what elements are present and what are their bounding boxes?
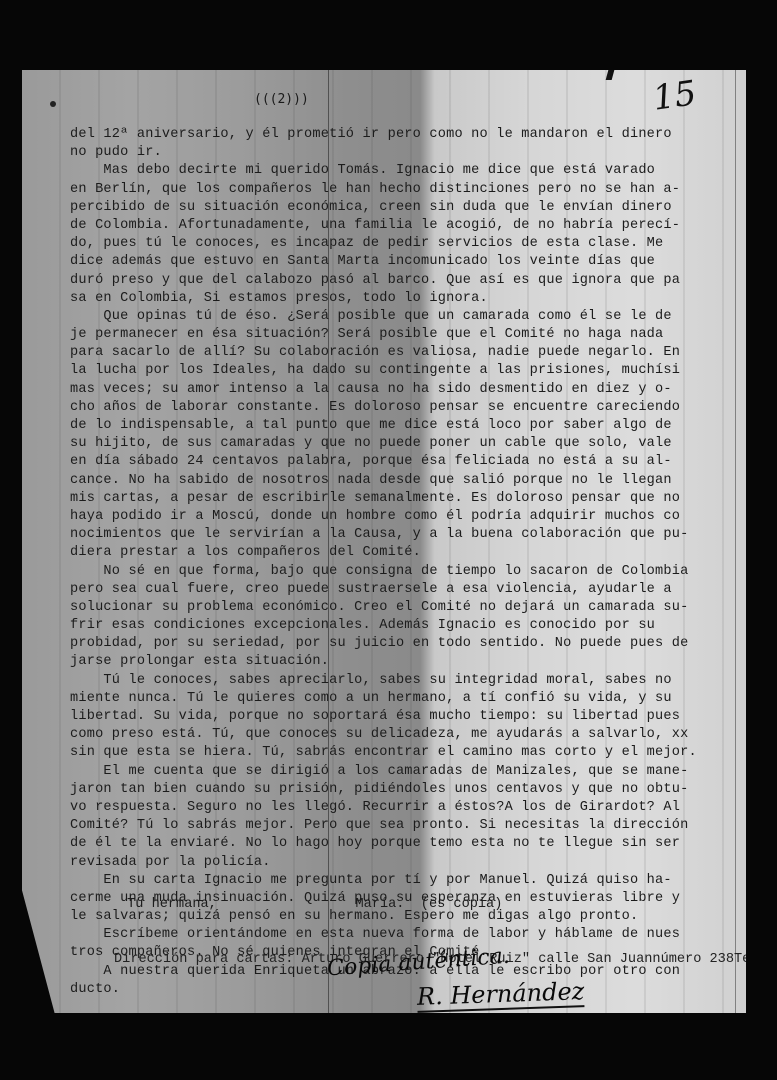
text-line: Que opinas tú de éso. ¿Será posible que … — [70, 308, 740, 326]
text-line: sa en Colombia, Si estamos presos, todo … — [70, 290, 740, 308]
text-line: su hijito, de sus camaradas y que no pue… — [70, 435, 740, 453]
text-line: en Berlín, que los compañeros le han hec… — [70, 181, 740, 199]
text-line: del 12ª aniversario, y él prometió ir pe… — [70, 126, 740, 144]
text-line: duró preso y que del calabozo pasó al ba… — [70, 272, 740, 290]
text-line: je permanecer en ésa situación? Será pos… — [70, 326, 740, 344]
text-line: jarse prolongar esta situación. — [70, 653, 740, 671]
text-line: como preso está. Tú, que conoces su deli… — [70, 726, 740, 744]
text-line: vo respuesta. Seguro no les llegó. Recur… — [70, 799, 740, 817]
text-line: percibido de su situación económica, cre… — [70, 199, 740, 217]
typewritten-letter-page: (((2))) 15 del 12ª aniversario, y él pro… — [22, 70, 746, 1013]
text-line: Mas debo decirte mi querido Tomás. Ignac… — [70, 162, 740, 180]
text-line: No sé en que forma, bajo que consigna de… — [70, 563, 740, 581]
text-line: mas veces; su amor intenso a la causa no… — [70, 381, 740, 399]
text-line: libertad. Su vida, porque no soportará é… — [70, 708, 740, 726]
letter-closing: Tu hermana, María. (es copia) — [70, 896, 502, 914]
text-line: dice además que estuvo en Santa Marta in… — [70, 253, 740, 271]
text-line: cho años de laborar constante. Es doloro… — [70, 399, 740, 417]
text-line: de lo indispensable, a tal punto que me … — [70, 417, 740, 435]
text-line: Tú le conoces, sabes apreciarlo, sabes s… — [70, 672, 740, 690]
text-line: no pudo ir. — [70, 144, 740, 162]
text-line: El me cuenta que se dirigió a los camara… — [70, 763, 740, 781]
page-header: (((2))) — [254, 92, 309, 107]
text-line: haya podido ir a Moscú, donde un hombre … — [70, 508, 740, 526]
scanned-document: (((2))) 15 del 12ª aniversario, y él pro… — [0, 0, 777, 1080]
text-line: sin que esta se hiera. Tú, sabrás encont… — [70, 744, 740, 762]
text-line: de él te la enviaré. No lo hago hoy porq… — [70, 835, 740, 853]
text-line: para sacarlo de allí? Su colaboración es… — [70, 344, 740, 362]
text-line: diera prestar a los compañeros del Comit… — [70, 544, 740, 562]
text-line: jaron tan bien cuando su prisión, pidién… — [70, 781, 740, 799]
closing-line: María. (es copia) — [217, 897, 503, 912]
letter-body: del 12ª aniversario, y él prometió ir pe… — [70, 126, 740, 999]
text-line: do, pues tú le conoces, es incapaz de pe… — [70, 235, 740, 253]
text-line: Escríbeme orientándome en esta nueva for… — [70, 926, 740, 944]
text-line: Comité? Tú lo sabrás mejor. Pero que sea… — [70, 817, 740, 835]
text-line: ducto. — [70, 981, 740, 999]
text-line: En su carta Ignacio me pregunta por tí y… — [70, 872, 740, 890]
text-line: la lucha por los Ideales, ha dado su con… — [70, 362, 740, 380]
handwritten-signature: R. Hernández — [417, 977, 585, 1013]
closing-line: Tu hermana, — [70, 897, 217, 912]
text-line: revisada por la policía. — [70, 854, 740, 872]
text-line: mis cartas, a pesar de escribirle semana… — [70, 490, 740, 508]
text-line: en día sábado 24 centavos palabra, porqu… — [70, 453, 740, 471]
text-line: probidad, por su seriedad, por su juicio… — [70, 635, 740, 653]
text-line: pero sea cual fuere, creo puede sustraer… — [70, 581, 740, 599]
text-line: miente nunca. Tú le quieres como a un he… — [70, 690, 740, 708]
punch-hole-mark — [50, 101, 56, 107]
text-line: frir esas condiciones excepcionales. Ade… — [70, 617, 740, 635]
text-line: de Colombia. Afortunadamente, una famili… — [70, 217, 740, 235]
text-line: cance. No ha sabido de nosotros nada des… — [70, 472, 740, 490]
address-line: número 238 — [652, 952, 734, 967]
text-line: solucionar su problema económico. Creo e… — [70, 599, 740, 617]
ink-mark — [606, 70, 615, 80]
folio-number: 15 — [650, 73, 698, 119]
address-line: Telegrafo- María Cano. — [734, 952, 777, 967]
text-line: nocimientos que le servirían a la Causa,… — [70, 526, 740, 544]
